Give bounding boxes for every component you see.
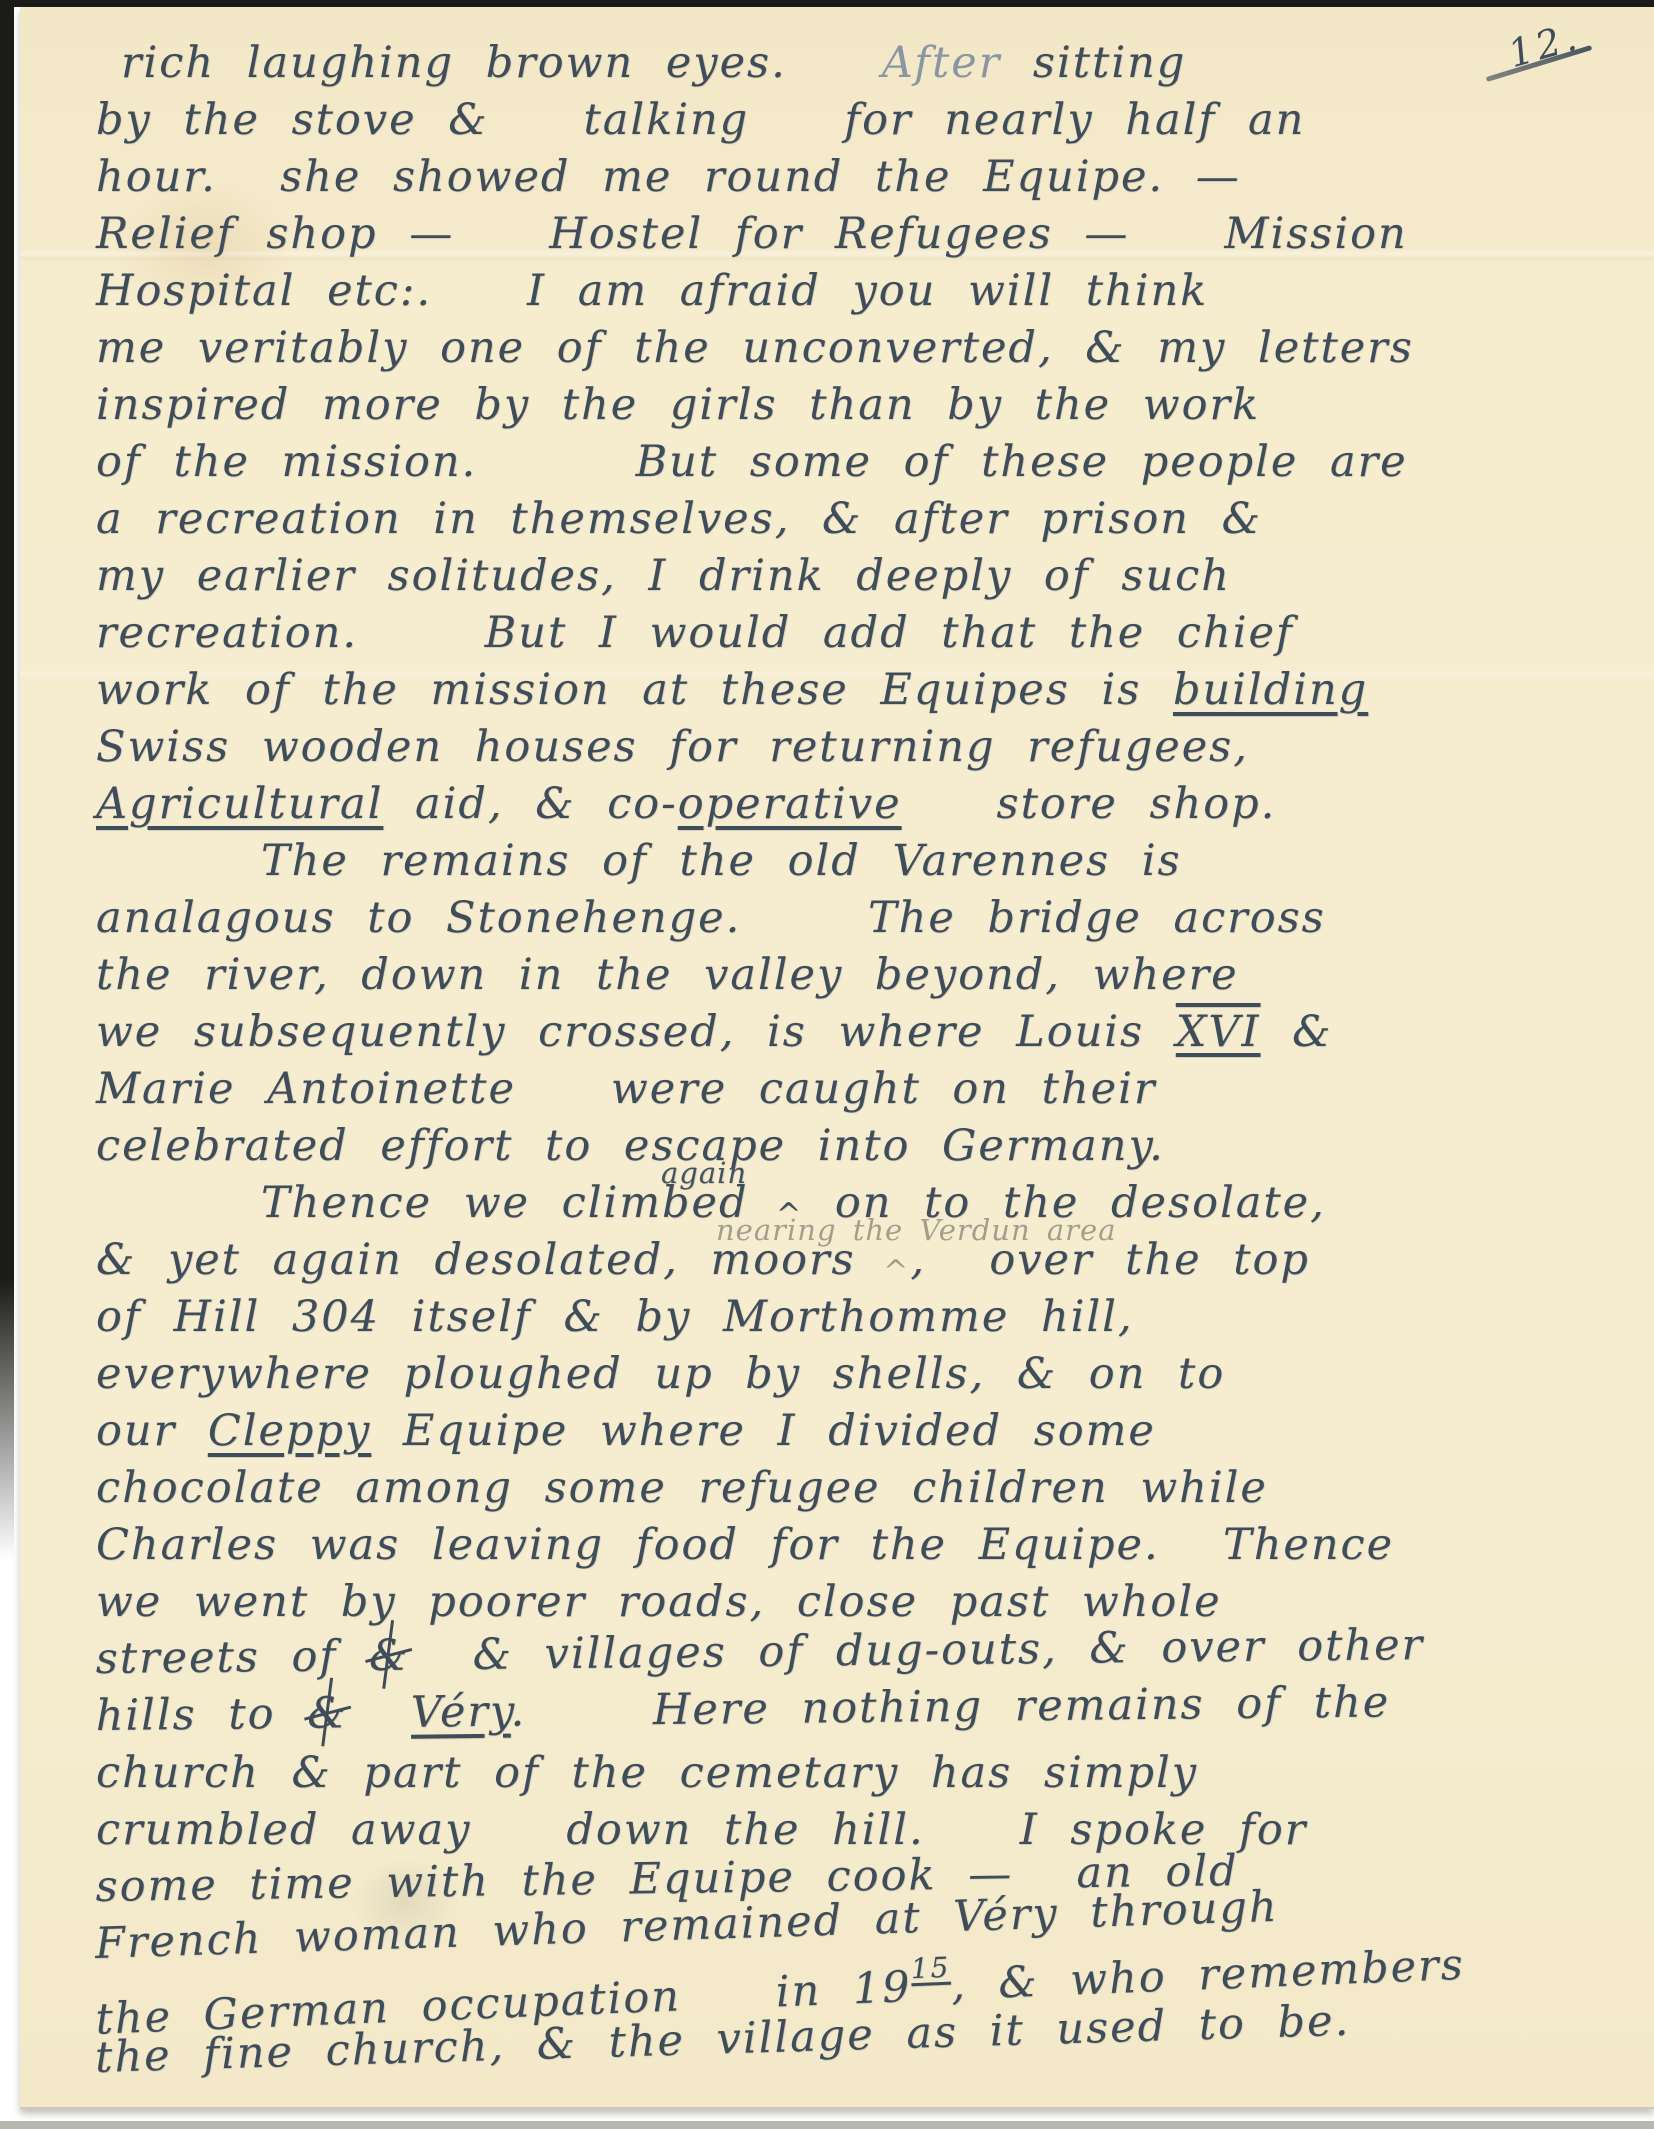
- letter-line: Agricultural aid, & co-operative store s…: [96, 776, 1646, 833]
- text-segment: After: [882, 38, 1002, 88]
- text-segment: Charles was leaving food for the Equipe.…: [96, 1520, 1394, 1570]
- letter-line: church & part of the cemetary has simply: [96, 1745, 1646, 1802]
- letter-line: analagous to Stonehenge. The bridge acro…: [96, 890, 1646, 947]
- text-segment: The remains of the old Varennes is: [261, 836, 1182, 886]
- letter-line: the river, down in the valley beyond, wh…: [96, 947, 1646, 1004]
- letter-line: our Cleppy Equipe where I divided some: [96, 1403, 1646, 1460]
- text-segment: me veritably one of the unconverted, & m…: [96, 323, 1414, 373]
- scanned-letter-page: 12. rich laughing brown eyes. After sitt…: [0, 0, 1654, 2129]
- text-segment: analagous to Stonehenge. The bridge acro…: [96, 893, 1326, 943]
- text-segment: Swiss wooden houses for returning refuge…: [96, 722, 1249, 772]
- text-segment: building: [1173, 665, 1368, 715]
- text-segment: 15: [910, 1951, 951, 1986]
- scanner-edge-left: [0, 0, 14, 1560]
- text-segment: hour. she showed me round the Equipe. —: [96, 152, 1241, 202]
- text-segment: Véry: [411, 1687, 511, 1738]
- text-segment: Marie Antoinette were caught on their: [96, 1064, 1156, 1114]
- text-segment: by the stove & talking for nearly half a…: [96, 95, 1305, 145]
- text-segment: store shop.: [902, 779, 1277, 829]
- pencil-insertion: nearing the Verdun area: [716, 1215, 1116, 1245]
- text-segment: a recreation in themselves, & after pris…: [96, 494, 1262, 544]
- letter-line: Marie Antoinette were caught on their: [96, 1061, 1646, 1118]
- text-segment: my earlier solitudes, I drink deeply of …: [96, 551, 1231, 601]
- ink-insertion: again: [661, 1158, 747, 1188]
- text-segment: Agricultural: [96, 779, 383, 829]
- letter-line: Swiss wooden houses for returning refuge…: [96, 719, 1646, 776]
- letter-line: everywhere ploughed up by shells, & on t…: [96, 1346, 1646, 1403]
- letter-line: recreation. But I would add that the chi…: [96, 605, 1646, 662]
- text-segment: streets of: [95, 1631, 369, 1684]
- scanner-edge-bottom: [0, 2121, 1654, 2129]
- text-segment: aid, & co-: [383, 779, 677, 829]
- text-segment: chocolate among some refugee children wh…: [96, 1463, 1268, 1513]
- crossed-out-mark: &: [307, 1685, 348, 1742]
- letter-line: inspired more by the girls than by the w…: [96, 377, 1646, 434]
- letter-paper: 12. rich laughing brown eyes. After sitt…: [20, 7, 1654, 2109]
- text-segment: hills to: [95, 1689, 307, 1741]
- text-segment: rich laughing brown eyes.: [121, 38, 882, 88]
- text-segment: [347, 1688, 411, 1739]
- text-segment: of Hill 304 itself & by Morthomme hill,: [96, 1292, 1134, 1342]
- letter-line: by the stove & talking for nearly half a…: [96, 92, 1646, 149]
- text-segment: the river, down in the valley beyond, wh…: [96, 950, 1239, 1000]
- text-segment: our: [96, 1406, 208, 1456]
- text-segment: . Here nothing remains of the: [510, 1677, 1390, 1736]
- text-segment: work of the mission at these Equipes is: [96, 665, 1173, 715]
- letter-line: hour. she showed me round the Equipe. —: [96, 149, 1646, 206]
- letter-line: celebrated effort to escape into Germany…: [96, 1118, 1646, 1175]
- text-segment: of the mission. But some of these people…: [96, 437, 1408, 487]
- text-segment: recreation. But I would add that the chi…: [96, 608, 1294, 658]
- letter-line: Charles was leaving food for the Equipe.…: [96, 1517, 1646, 1574]
- text-segment: & villages of dug-outs, & over other: [409, 1620, 1424, 1681]
- letter-line: chocolate among some refugee children wh…: [96, 1460, 1646, 1517]
- text-segment: we went by poorer roads, close past whol…: [96, 1577, 1222, 1627]
- letter-body: rich laughing brown eyes. After sittingb…: [96, 35, 1646, 2087]
- text-segment: celebrated effort to escape into Germany…: [96, 1121, 1165, 1171]
- letter-line: me veritably one of the unconverted, & m…: [96, 320, 1646, 377]
- crossed-out-mark: &: [369, 1628, 410, 1685]
- letter-line: work of the mission at these Equipes is …: [96, 662, 1646, 719]
- text-segment: church & part of the cemetary has simply: [96, 1748, 1198, 1798]
- letter-line: my earlier solitudes, I drink deeply of …: [96, 548, 1646, 605]
- letter-line: Relief shop — Hostel for Refugees — Miss…: [96, 206, 1646, 263]
- letter-line: we subsequently crossed, is where Louis …: [96, 1004, 1646, 1061]
- letter-line: a recreation in themselves, & after pris…: [96, 491, 1646, 548]
- scanner-edge-top: [0, 0, 1654, 7]
- text-segment: sitting: [1001, 38, 1186, 88]
- letter-line: & yet again desolated, moors ^, over the…: [96, 1232, 1646, 1289]
- text-segment: &: [1260, 1007, 1332, 1057]
- text-segment: Equipe where I divided some: [371, 1406, 1156, 1456]
- letter-line: rich laughing brown eyes. After sitting: [121, 35, 1646, 92]
- text-segment: inspired more by the girls than by the w…: [96, 380, 1260, 430]
- text-segment: Hospital etc:. I am afraid you will thin…: [96, 266, 1208, 316]
- letter-line: of the mission. But some of these people…: [96, 434, 1646, 491]
- letter-line: The remains of the old Varennes is: [261, 833, 1646, 890]
- text-segment: ^: [856, 1254, 911, 1289]
- text-segment: Relief shop — Hostel for Refugees — Miss…: [96, 209, 1408, 259]
- text-segment: Cleppy: [208, 1406, 371, 1456]
- text-segment: operative: [678, 779, 902, 829]
- text-segment: XVI: [1176, 1007, 1261, 1057]
- letter-line: Hospital etc:. I am afraid you will thin…: [96, 263, 1646, 320]
- text-segment: we subsequently crossed, is where Louis: [96, 1007, 1176, 1057]
- letter-line: of Hill 304 itself & by Morthomme hill,: [96, 1289, 1646, 1346]
- text-segment: everywhere ploughed up by shells, & on t…: [96, 1349, 1225, 1399]
